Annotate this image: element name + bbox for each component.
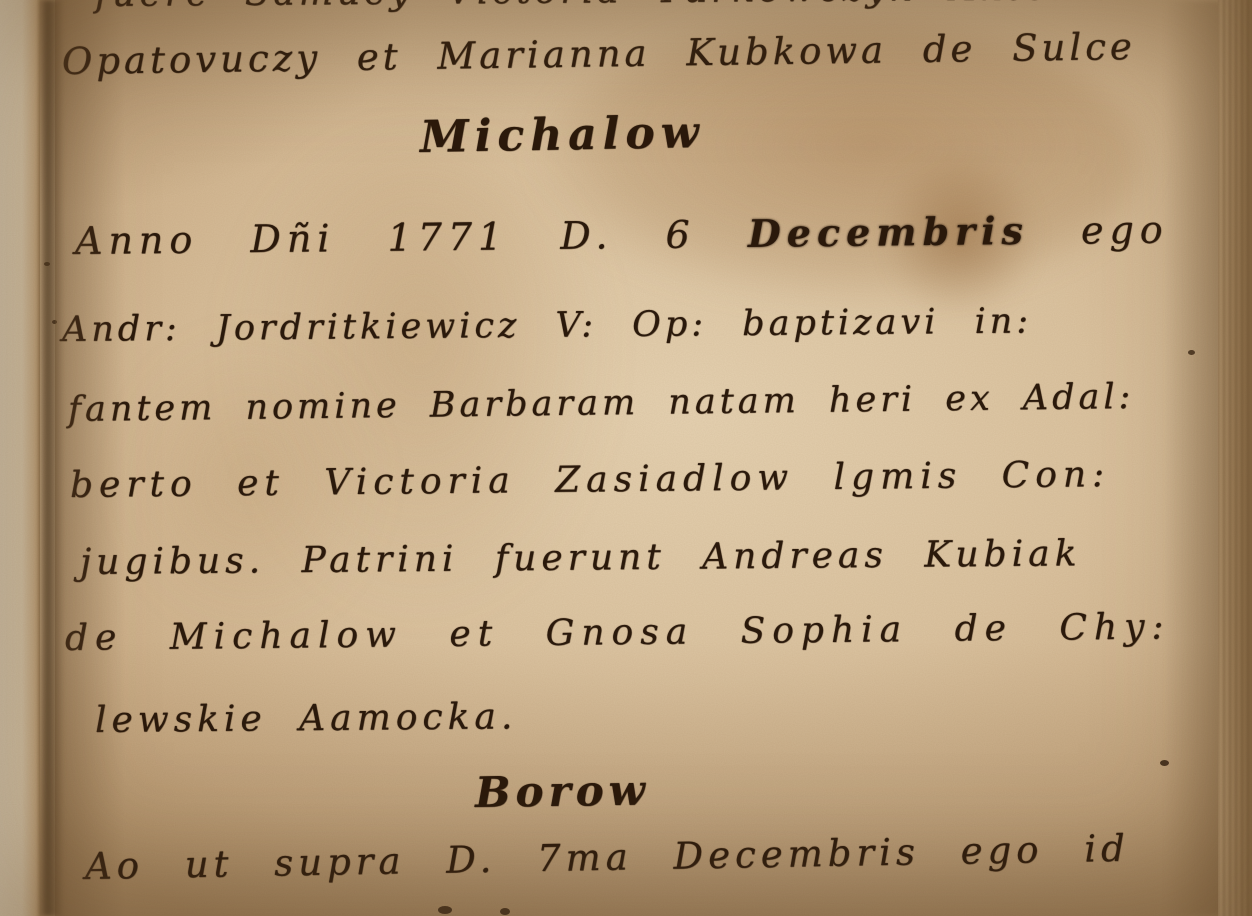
manuscript-line-next-entry: Ao ut supra D. 7ma Decembris ego id: [85, 827, 1130, 888]
date-suffix: ego: [1081, 208, 1169, 253]
date-prefix: Anno Dñi 1771 D. 6: [75, 213, 696, 263]
manuscript-line-infant: fantem nomine Barbaram natam heri ex Ada…: [68, 377, 1135, 430]
page-stack-edge: [1218, 0, 1252, 916]
manuscript-line-godmother2: de Michalow et Gnosa Sophia de Chy:: [65, 606, 1171, 659]
previous-page-sliver: [0, 0, 40, 916]
gutter-shadow: [55, 0, 125, 916]
manuscript-line-priest: Andr: Jordritkiewicz V: Op: baptizavi in…: [62, 302, 1032, 350]
manuscript-line-parents: berto et Victoria Zasiadlow lgmis Con:: [70, 454, 1111, 506]
manuscript-line-godfather: jugibus. Patrini fuerunt Andreas Kubiak: [80, 533, 1082, 583]
page-edge-shadow: [1164, 0, 1224, 916]
month-word: Decembris: [748, 208, 1030, 256]
next-line-letter-tops: [438, 906, 452, 914]
manuscript-line-top-fragment: fuere Samuey Victoria Turkowczyk Antonia: [95, 0, 1119, 15]
manuscript-line-surname: lewskie Aamocka.: [95, 696, 518, 741]
manuscript-line-date: Anno Dñi 1771 D. 6 Decembris ego: [75, 207, 1169, 263]
manuscript-scan: fuere Samuey Victoria Turkowczyk Antonia…: [0, 0, 1252, 916]
next-line-letter-tops: [500, 908, 510, 915]
place-heading-michalow: Michalow: [420, 107, 706, 163]
manuscript-line-godmother: Opatovuczy et Marianna Kubkowa de Sulce: [62, 25, 1136, 83]
place-heading-borow: Borow: [475, 766, 650, 817]
